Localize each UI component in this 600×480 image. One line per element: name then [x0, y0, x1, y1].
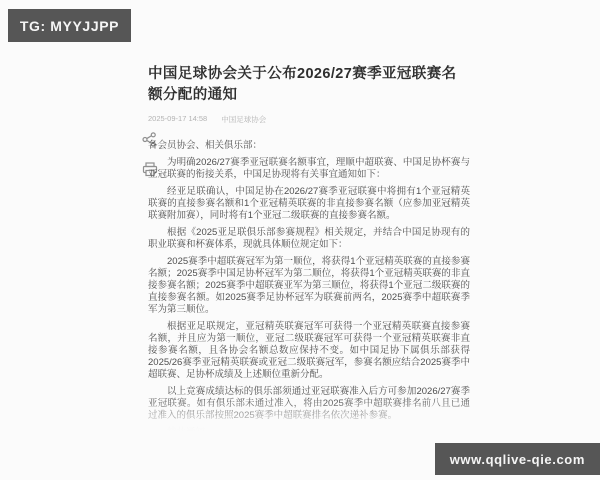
salutation: 各会员协会、相关俱乐部： — [148, 140, 470, 152]
tg-channel-badge: TG: MYYJJPP — [8, 9, 131, 42]
publish-source: 中国足球协会 — [221, 114, 266, 125]
paragraph: 根据亚足联规定，亚冠精英联赛冠军可获得一个亚冠精英联赛直接参赛名额，并且应为第一… — [148, 321, 470, 381]
article-page: TG: MYYJJPP 中国足球协会关于公布2026/27赛季亚冠联赛名额分配的… — [0, 0, 600, 480]
article: 中国足球协会关于公布2026/27赛季亚冠联赛名额分配的通知 2025-09-1… — [148, 64, 470, 439]
closing-line: 特此通知 — [148, 427, 470, 439]
article-body: 各会员协会、相关俱乐部： 为明确2026/27赛季亚冠联赛名额事宜，理顺中超联赛… — [148, 140, 470, 439]
paragraph: 经亚足联确认，中国足协在2026/27赛季亚冠联赛中将拥有1个亚冠精英联赛的直接… — [148, 186, 470, 222]
site-watermark-badge: www.qqlive-qie.com — [435, 443, 600, 475]
paragraph: 根据《2025亚足联俱乐部参赛规程》相关规定，并结合中国足协现有的职业联赛和杯赛… — [148, 227, 470, 251]
paragraph: 以上竞赛成绩达标的俱乐部须通过亚冠联赛准入后方可参加2026/27赛季亚冠联赛。… — [148, 386, 470, 422]
article-title: 中国足球协会关于公布2026/27赛季亚冠联赛名额分配的通知 — [148, 64, 470, 106]
article-meta: 2025-09-17 14:58 中国足球协会 — [148, 114, 470, 125]
paragraph: 为明确2026/27赛季亚冠联赛名额事宜，理顺中超联赛、中国足协杯赛与亚冠联赛的… — [148, 157, 470, 181]
publish-date: 2025-09-17 14:58 — [148, 114, 207, 125]
paragraph: 2025赛季中超联赛冠军为第一顺位，将获得1个亚冠精英联赛的直接参赛名额；202… — [148, 256, 470, 316]
